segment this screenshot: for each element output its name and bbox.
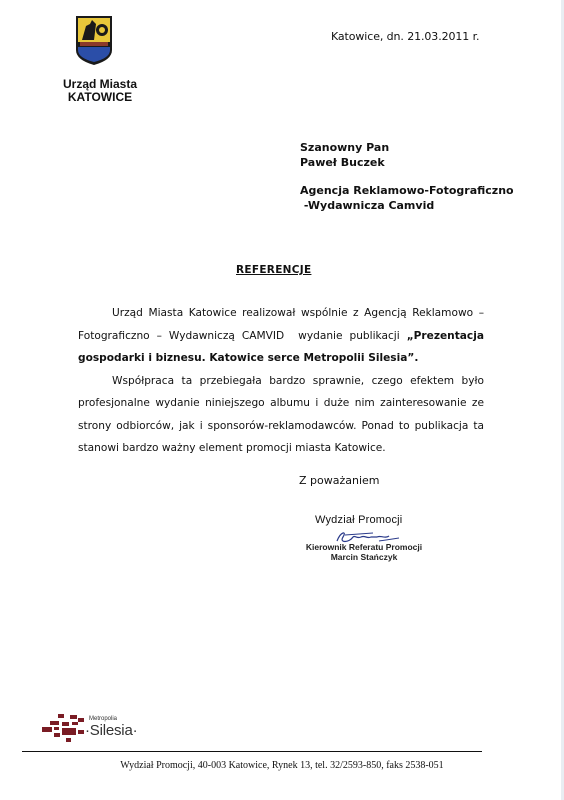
letter-body: Urząd Miasta Katowice realizował wspólni…	[78, 302, 484, 460]
recipient-company: Agencja Reklamowo-Fotograficzno -Wydawni…	[300, 183, 514, 213]
signatory-name: Marcin Stańczyk	[294, 552, 434, 562]
letter-date: Katowice, dn. 21.03.2011 r.	[331, 30, 479, 43]
salutation: Szanowny Pan	[300, 140, 389, 155]
logo-silesia-text: ·Silesia·	[85, 722, 137, 739]
company-line2: -Wydawnicza Camvid	[300, 198, 514, 213]
recipient-name: Paweł Buczek	[300, 155, 389, 170]
katowice-coat-of-arms-icon	[74, 14, 114, 66]
company-line1: Agencja Reklamowo-Fotograficzno	[300, 183, 514, 198]
footer-address: Wydział Promocji, 40-003 Katowice, Rynek…	[0, 760, 564, 771]
office-name-line2: KATOWICE	[60, 91, 140, 104]
document-title: REFERENCJE	[236, 264, 311, 276]
closing: Z poważaniem	[299, 474, 380, 487]
footer-divider	[22, 751, 482, 752]
paragraph-1: Urząd Miasta Katowice realizował wspólni…	[78, 302, 484, 370]
paragraph-2: Współpraca ta przebiegała bardzo sprawni…	[78, 370, 484, 460]
issuing-office: Urząd Miasta KATOWICE	[60, 78, 140, 104]
signatory: Kierownik Referatu Promocji Marcin Stańc…	[294, 542, 434, 562]
signature-department: Wydział Promocji	[315, 514, 402, 526]
signatory-role: Kierownik Referatu Promocji	[294, 542, 434, 552]
addressee: Szanowny Pan Paweł Buczek	[300, 140, 389, 170]
